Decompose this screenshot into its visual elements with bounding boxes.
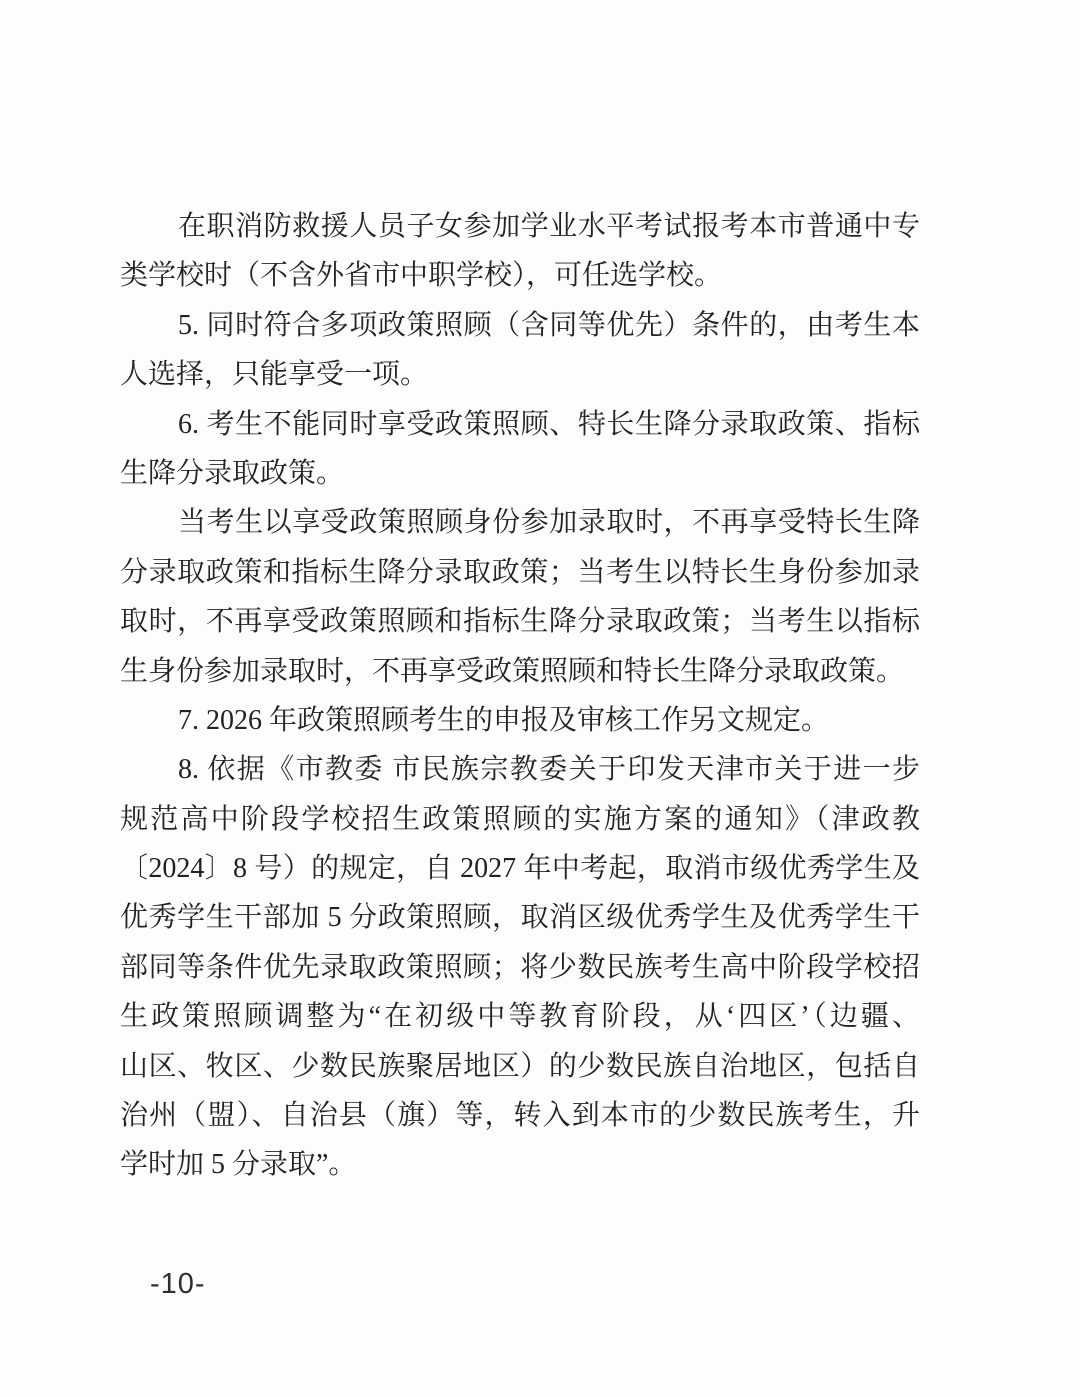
text-line: 学时加 5 分录取”。 xyxy=(120,1140,920,1189)
text-line: 生身份参加录取时，不再享受政策照顾和特长生降分录取政策。 xyxy=(120,647,920,696)
text-line: 生政策照顾调整为“在初级中等教育阶段，从‘四区’（边疆、 xyxy=(120,992,920,1041)
text-line: 规范高中阶段学校招生政策照顾的实施方案的通知》（津政教 xyxy=(120,795,920,844)
text-line: 治州（盟）、自治县（旗）等，转入到本市的少数民族考生，升 xyxy=(120,1091,920,1140)
text-line: 8. 依据《市教委 市民族宗教委关于印发天津市关于进一步 xyxy=(120,745,920,794)
text-line: 生降分录取政策。 xyxy=(120,449,920,498)
text-line: 类学校时（不含外省市中职学校），可任选学校。 xyxy=(120,251,920,300)
text-line: 7. 2026 年政策照顾考生的申报及审核工作另文规定。 xyxy=(120,696,920,745)
text-line: 当考生以享受政策照顾身份参加录取时，不再享受特长生降 xyxy=(120,498,920,547)
text-line: 部同等条件优先录取政策照顾；将少数民族考生高中阶段学校招 xyxy=(120,943,920,992)
text-line: 5. 同时符合多项政策照顾（含同等优先）条件的，由考生本 xyxy=(120,301,920,350)
page-number: -10- xyxy=(150,1268,206,1301)
text-line: 人选择，只能享受一项。 xyxy=(120,350,920,399)
text-line: 〔2024〕8 号）的规定，自 2027 年中考起，取消市级优秀学生及 xyxy=(120,844,920,893)
document-page: 在职消防救援人员子女参加学业水平考试报考本市普通中专 类学校时（不含外省市中职学… xyxy=(0,0,1080,1398)
text-line: 在职消防救援人员子女参加学业水平考试报考本市普通中专 xyxy=(120,202,920,251)
text-line: 6. 考生不能同时享受政策照顾、特长生降分录取政策、指标 xyxy=(120,400,920,449)
text-line: 优秀学生干部加 5 分政策照顾，取消区级优秀学生及优秀学生干 xyxy=(120,893,920,942)
text-line: 分录取政策和指标生降分录取政策；当考生以特长生身份参加录 xyxy=(120,548,920,597)
document-body-text: 在职消防救援人员子女参加学业水平考试报考本市普通中专 类学校时（不含外省市中职学… xyxy=(120,202,920,1190)
text-line: 取时，不再享受政策照顾和指标生降分录取政策；当考生以指标 xyxy=(120,597,920,646)
text-line: 山区、牧区、少数民族聚居地区）的少数民族自治地区，包括自 xyxy=(120,1042,920,1091)
